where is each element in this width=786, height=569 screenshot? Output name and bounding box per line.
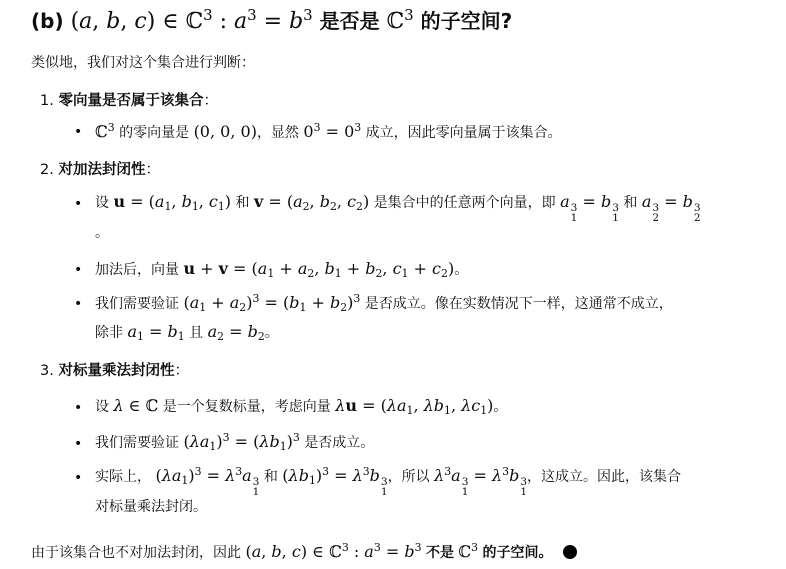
title-prefix: (b) (31, 9, 64, 33)
text: 是否成立。像在实数情况下一样，这通常不成立， (365, 296, 673, 312)
section-2-bullet-3: 我们需要验证 (a1 + a2)3 = (b1 + b2)3 是否成立。像在实数… (95, 293, 673, 313)
math: ℂ3 (458, 542, 478, 561)
section-1-bullet-1: ℂ3 的零向量是 (0, 0, 0)，显然 03 = 03 成立，因此零向量属于… (95, 122, 562, 142)
section-3-bullet-3-cont: 对标量乘法封闭。 (95, 496, 207, 516)
math: u = (a1, b1, c1) (113, 192, 231, 211)
intro-text: 类似地，我们对这个集合进行判断： (31, 52, 255, 72)
math: (λa1)3 = (λb1)3 (183, 432, 299, 451)
math: λu = (λa1, λb1, λc1) (335, 396, 493, 415)
text: 是一个复数标量，考虑向量 (163, 399, 331, 415)
text: ，所以 (388, 469, 430, 485)
text: 设 (95, 195, 109, 211)
text: 。 (265, 325, 279, 341)
math: a1 = b1 (127, 322, 184, 341)
text: 加法后，向量 (95, 262, 179, 278)
section-3-heading: 3. 对标量乘法封闭性： (40, 359, 189, 380)
math: λ ∈ ℂ (113, 396, 158, 415)
text: 。 (454, 262, 468, 278)
bullet-icon: • (74, 296, 82, 312)
section-2-bullet-1: 设 u = (a1, b1, c1) 和 v = (a2, b2, c2) 是集… (95, 192, 701, 224)
math: v = (a2, b2, c2) (254, 192, 369, 211)
bullet-icon: • (74, 400, 82, 416)
section-number: 3. (40, 363, 54, 379)
math: a2 = b2 (208, 322, 265, 341)
math: (0, 0, 0) (194, 122, 257, 141)
section-2-bullet-1-end: 。 (95, 222, 109, 242)
math: a31 = b31 (560, 192, 619, 211)
text: ，显然 (257, 125, 299, 141)
title-text-2: 的子空间? (421, 9, 513, 33)
section-title: (b) (a, b, c) ∈ ℂ3 : a3 = b3 是否是 ℂ3 的子空间… (31, 5, 512, 34)
bullet-icon: • (74, 124, 82, 140)
title-text-1: 是否是 (320, 9, 380, 33)
section-2-bullet-2: 加法后，向量 u + v = (a1 + a2, b1 + b2, c1 + c… (95, 259, 468, 279)
text: 和 (264, 469, 278, 485)
text: 是否成立。 (304, 435, 374, 451)
text: ，这成立。因此，该集合 (527, 469, 681, 485)
section-3-bullet-2: 我们需要验证 (λa1)3 = (λb1)3 是否成立。 (95, 432, 374, 452)
text: 除非 (95, 325, 123, 341)
bullet-icon: • (74, 470, 82, 486)
text: 的零向量是 (119, 125, 189, 141)
math: (λa1)3 = λ3a31 (155, 466, 259, 485)
text: 且 (189, 325, 203, 341)
bullet-icon: • (74, 262, 82, 278)
section-3-bullet-1: 设 λ ∈ ℂ 是一个复数标量，考虑向量 λu = (λa1, λb1, λc1… (95, 396, 507, 416)
text-bold: 的子空间。 (483, 545, 553, 561)
section-heading-text: 对加法封闭性 (58, 162, 145, 178)
text: 由于该集合也不对加法封闭，因此 (31, 545, 241, 561)
math: ℂ3 (95, 122, 115, 141)
text: 和 (236, 195, 250, 211)
math: (a, b, c) ∈ ℂ3 : a3 = b3 (245, 542, 421, 561)
section-heading-text: 对标量乘法封闭性 (58, 363, 174, 379)
text: 我们需要验证 (95, 435, 179, 451)
bullet-icon: • (74, 436, 82, 452)
colon: ： (174, 363, 189, 379)
title-math-field: ℂ3 (387, 9, 414, 34)
math: λ3a31 = λ3b31 (434, 466, 527, 485)
text: 。 (493, 399, 507, 415)
text: 和 (623, 195, 637, 211)
text: 设 (95, 399, 109, 415)
section-heading-text: 零向量是否属于该集合 (58, 93, 203, 109)
text: 我们需要验证 (95, 296, 179, 312)
math: (λb1)3 = λ3b31 (282, 466, 387, 485)
bullet-icon: • (74, 196, 82, 212)
section-2-heading: 2. 对加法封闭性： (40, 158, 160, 179)
section-3-bullet-3: 实际上， (λa1)3 = λ3a31 和 (λb1)3 = λ3b31，所以 … (95, 466, 681, 498)
title-math-set: (a, b, c) ∈ ℂ3 : a3 = b3 (71, 9, 313, 34)
section-2-bullet-3-cont: 除非 a1 = b1 且 a2 = b2。 (95, 322, 279, 342)
conclusion: 由于该集合也不对加法封闭，因此 (a, b, c) ∈ ℂ3 : a3 = b3… (31, 542, 577, 562)
math: (a1 + a2)3 = (b1 + b2)3 (183, 293, 360, 312)
math: 03 = 03 (303, 122, 361, 141)
text-bold: 不是 (426, 545, 454, 561)
cursor-dot-icon (563, 545, 577, 559)
math: a32 = b32 (642, 192, 701, 211)
document: (b) (a, b, c) ∈ ℂ3 : a3 = b3 是否是 ℂ3 的子空间… (0, 0, 786, 569)
section-number: 2. (40, 162, 54, 178)
text: 实际上， (95, 469, 151, 485)
text: 是集合中的任意两个向量，即 (374, 195, 556, 211)
math: u + v = (a1 + a2, b1 + b2, c1 + c2) (183, 259, 454, 278)
colon: ： (145, 162, 160, 178)
text: 成立，因此零向量属于该集合。 (366, 125, 562, 141)
section-1-heading: 1. 零向量是否属于该集合： (40, 89, 218, 110)
section-number: 1. (40, 93, 54, 109)
colon: ： (203, 93, 218, 109)
